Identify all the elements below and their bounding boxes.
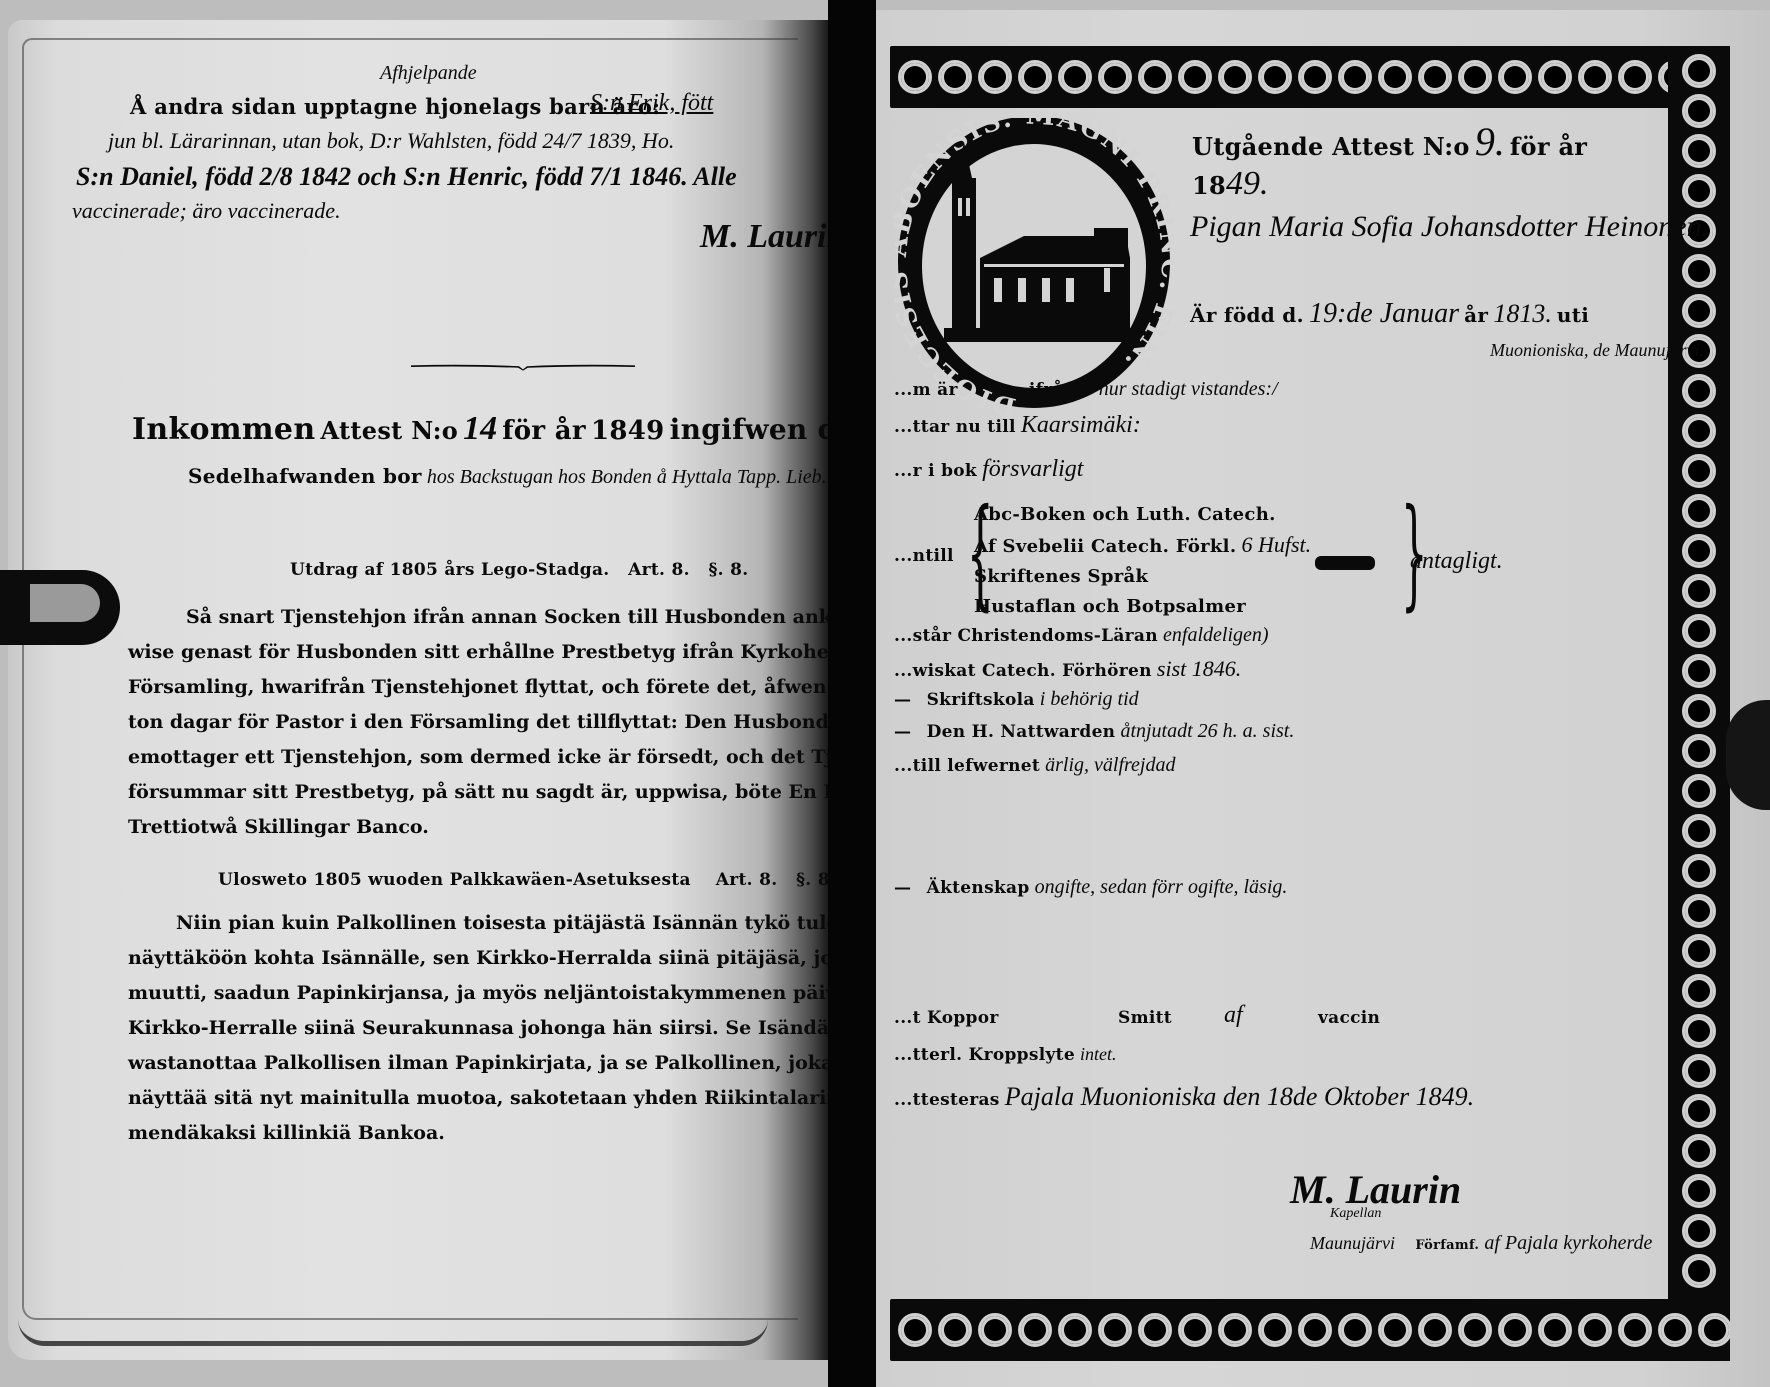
birth-date: 19:de Januar [1309, 298, 1459, 329]
field-moves-to-value: Kaarsimäki: [1021, 412, 1141, 438]
field-from-value: /: hur stadigt vistandes:/ [1082, 378, 1278, 400]
field-book-reading-value: försvarligt [982, 456, 1083, 482]
bodily-defect: ...tterl. Kroppslyte intet. [894, 1044, 1117, 1065]
knowledge-communion: — Den H. Nattwarden åtnjutadt 26 h. a. s… [894, 720, 1294, 743]
children-line-3: S:n Daniel, född 2/8 1842 och S:n Henric… [76, 162, 737, 192]
knowledge-catechism-hearings: ...wiskat Catech. Förhören sist 1846. [894, 656, 1241, 682]
outgoing-number: 9. [1475, 119, 1505, 164]
diocese-seal-icon: DIOECESIS ABOENSIS. MAGNI PRINC. FIN. [894, 118, 1174, 418]
incoming-year: 1849 [591, 416, 665, 446]
incoming-number: 14 [463, 410, 497, 447]
signature-office-line: Maunujärvi Förfamf. af Pajala kyrkoherde [1310, 1232, 1652, 1255]
knowledge-christianity: ...står Christendoms-Läran enfaldeligen) [894, 624, 1269, 647]
children-line-4: vaccinerade; äro vaccinerade. [72, 198, 341, 224]
ornamental-border-top [890, 46, 1730, 108]
birth-line: Är född d. 19:de Januar år 1813. uti [1190, 298, 1589, 330]
attested-line: ...ttesteras Pajala Muonioniska den 18de… [894, 1082, 1474, 1112]
inserted-word: Afhjelpande [380, 62, 477, 85]
signature-top-left: M. Laurin [700, 218, 846, 256]
marriage-status: — Äktenskap ongifte, sedan förr ogifte, … [894, 876, 1287, 899]
right-page: DIOECESIS ABOENSIS. MAGNI PRINC. FIN. [876, 10, 1770, 1387]
ornamental-border-bottom [890, 1299, 1730, 1361]
knowledge-confirmation-school: — Skriftskola i behörig tid [894, 688, 1139, 711]
pastor-title: Kapellan [1330, 1206, 1381, 1222]
smallpox-line: ...t Koppor Smitt af vaccin [894, 1008, 1454, 1028]
children-line-2: jun bl. Lärarinnan, utan bok, D:r Wahlst… [108, 128, 674, 154]
thumb-holding-page [0, 570, 120, 645]
incoming-attest-line: Inkommen Attest N:o 14 för år 1849 ingif… [132, 410, 930, 448]
children-label: Å andra sidan upptagne hjonelags barn är… [130, 94, 660, 119]
finnish-extract-heading: Ulosweto 1805 wuoden Palkkawäen-Asetukse… [218, 870, 836, 890]
field-moves-to: ...ttar nu till Kaarsimäki: [894, 412, 1141, 439]
ink-blot [1315, 556, 1375, 570]
page-curl [18, 1319, 768, 1346]
swedish-extract-heading: Utdrag af 1805 års Lego-Stadga. Art. 8. … [290, 560, 748, 580]
reading-label: ...ntill [894, 546, 954, 566]
child-1: S:n Erik, fött [590, 90, 713, 117]
birth-place: Muonioniska, de Maunujärvi. [1490, 340, 1704, 361]
certificate: DIOECESIS ABOENSIS. MAGNI PRINC. FIN. [890, 46, 1730, 1361]
reading-result: antagligt. [1410, 548, 1503, 575]
book-spine [828, 0, 876, 1387]
certificate-body: DIOECESIS ABOENSIS. MAGNI PRINC. FIN. [890, 108, 1668, 1299]
outgoing-year: 49. [1226, 165, 1269, 202]
reading-items: Abc-Boken och Luth. Catech. Af Svebelii … [974, 500, 1311, 622]
person-name: Pigan Maria Sofia Johansdotter Heinonen. [1190, 210, 1709, 244]
knowledge-conduct: ...till lefwernet ärlig, välfrejdad [894, 754, 1176, 777]
holder-line: Sedelhafwanden bor hos Backstugan hos Bo… [188, 464, 827, 489]
field-book-reading: ...r i bok försvarligt [894, 456, 1083, 483]
decorative-divider [243, 363, 803, 371]
outgoing-attest-line: Utgående Attest N:o 9. för år 1849. [1192, 118, 1668, 203]
field-from: ...m är ifrån /: hur stadigt vistandes:/ [894, 378, 1278, 401]
birth-year: 1813. [1493, 299, 1552, 328]
holder-residence: hos Backstugan hos Bonden å Hyttala Tapp… [427, 466, 827, 488]
